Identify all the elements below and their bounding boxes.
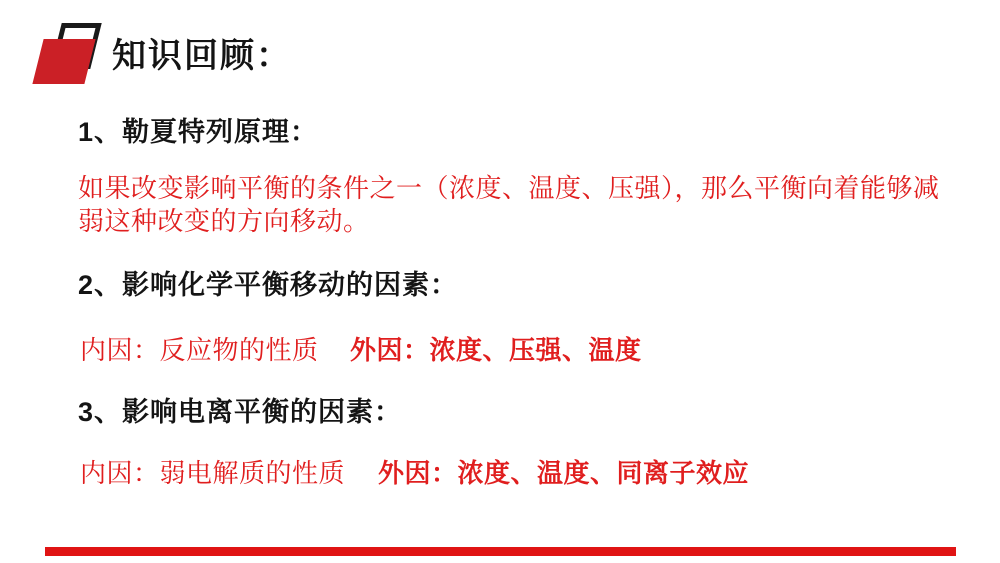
- bottom-accent-bar: [45, 547, 956, 556]
- slide-logo: [30, 15, 120, 90]
- le-chatelier-principle-text: 如果改变影响平衡的条件之一（浓度、温度、压强），那么平衡向着能够减弱这种改变的方…: [78, 172, 940, 238]
- section-1-heading: 1、勒夏特列原理：: [78, 110, 318, 149]
- section-2-heading: 2、影响化学平衡移动的因素：: [78, 263, 458, 302]
- section-2-external-factor-text: 外因：浓度、压强、温度: [350, 330, 642, 367]
- section-3-internal-factor-text: 内因：弱电解质的性质: [80, 453, 345, 490]
- section-2-internal-factor-text: 内因：反应物的性质: [80, 330, 319, 367]
- red-parallelogram-icon: [32, 39, 95, 84]
- page-title: 知识回顾：: [112, 28, 292, 77]
- section-3-heading: 3、影响电离平衡的因素：: [78, 390, 402, 429]
- section-3-external-factor-text: 外因：浓度、温度、同离子效应: [378, 453, 749, 490]
- slide-canvas: 知识回顾： 1、勒夏特列原理： 如果改变影响平衡的条件之一（浓度、温度、压强），…: [0, 0, 1000, 563]
